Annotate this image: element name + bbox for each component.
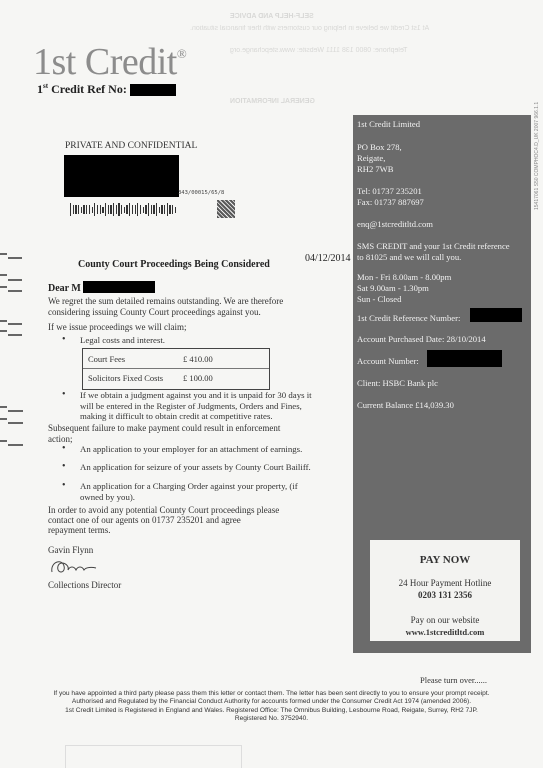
cost-amount: £ 410.00	[183, 354, 243, 364]
costs-table: Court Fees £ 410.00 Solicitors Fixed Cos…	[82, 348, 270, 390]
panel-client: Client: HSBC Bank plc	[357, 378, 438, 389]
letter-date: 04/12/2014	[305, 253, 351, 264]
panel-hours-sunday: Sun - Closed	[357, 294, 401, 305]
paragraph-3-line-2: action;	[48, 434, 73, 445]
letter-subject: County Court Proceedings Being Considere…	[78, 259, 270, 270]
show-through-text: At 1st Credit we believe in helping our …	[190, 25, 429, 32]
panel-sms-line-1: SMS CREDIT and your 1st Credit reference	[357, 241, 510, 252]
show-through-text: Telephone: 0800 138 1111 Website: www.st…	[230, 47, 407, 54]
panel-account-number-label: Account Number:	[357, 356, 419, 367]
panel-telephone: Tel: 01737 235201	[357, 186, 422, 197]
paragraph-2: If we issue proceedings we will claim;	[48, 322, 186, 333]
panel-sms-line-2: to 81025 and we will call you.	[357, 252, 461, 263]
side-print-code: 15417061 S50 COMPHOC4.D_UK 2007 966.1.1	[534, 102, 540, 210]
redacted-reference-number	[470, 308, 522, 322]
paragraph-1-line-1: We regret the sum detailed remains outst…	[48, 296, 283, 307]
panel-hours-weekday: Mon - Fri 8.00am - 8.00pm	[357, 272, 451, 283]
panel-reference-label: 1st Credit Reference Number:	[357, 313, 460, 324]
redacted-ref-number	[130, 84, 176, 96]
paragraph-4-line-3: repayment terms.	[48, 525, 110, 536]
bullet-legal-costs: Legal costs and interest.	[80, 335, 165, 346]
hotline-label: 24 Hour Payment Hotline	[370, 578, 520, 588]
postal-barcode	[70, 203, 200, 216]
panel-fax: Fax: 01737 887697	[357, 197, 424, 208]
bullet-bailiff: An application for seizure of your asset…	[80, 462, 311, 473]
pay-now-box: PAY NOW 24 Hour Payment Hotline 0203 131…	[370, 540, 520, 641]
redacted-address	[64, 155, 179, 197]
paragraph-3-line-1: Subsequent failure to make payment could…	[48, 423, 280, 434]
panel-company: 1st Credit Limited	[357, 119, 420, 130]
credit-ref-label: 1st Credit Ref No:	[37, 82, 176, 97]
signatory-title: Collections Director	[48, 580, 121, 591]
signature	[48, 556, 98, 578]
paragraph-1-line-2: considering issuing County Court proceed…	[48, 307, 261, 318]
signatory-name: Gavin Flynn	[48, 545, 93, 556]
panel-address-2: Reigate,	[357, 153, 385, 164]
panel-balance: Current Balance £14,039.30	[357, 400, 454, 411]
bullet-judgment: If we obtain a judgment against you and …	[80, 390, 312, 422]
legal-footer: If you have appointed a third party plea…	[0, 690, 543, 723]
cost-row: Solicitors Fixed Costs £ 100.00	[88, 373, 264, 383]
show-through-heading: GENERAL INFORMATION	[230, 98, 315, 105]
show-through-heading: SELF-HELP AND ADVICE	[230, 13, 314, 20]
show-through-date-grid	[65, 745, 242, 768]
panel-address-3: RH2 7WB	[357, 164, 394, 175]
cost-amount: £ 100.00	[183, 373, 243, 383]
bullet-earnings: An application to your employer for an a…	[80, 444, 302, 455]
redacted-name	[83, 281, 155, 293]
company-logo: 1st Credit®	[33, 40, 186, 84]
cost-label: Court Fees	[88, 354, 183, 364]
bullet-charging-order: An application for a Charging Order agai…	[80, 481, 298, 502]
datamatrix-code	[217, 200, 235, 218]
panel-hours-saturday: Sat 9.00am - 1.30pm	[357, 283, 429, 294]
panel-purchased-date: Account Purchased Date: 28/10/2014	[357, 334, 486, 345]
redacted-account-number	[427, 350, 502, 367]
hotline-number: 0203 131 2356	[370, 590, 520, 600]
salutation: Dear M	[48, 283, 81, 294]
cost-label: Solicitors Fixed Costs	[88, 373, 183, 383]
please-turn-over: Please turn over......	[420, 675, 487, 685]
panel-address-1: PO Box 278,	[357, 142, 402, 153]
private-confidential-label: PRIVATE AND CONFIDENTIAL	[65, 141, 197, 151]
document-code: 343/00015/65/8	[178, 190, 224, 196]
website-label: Pay on our website	[370, 615, 520, 625]
pay-now-title: PAY NOW	[370, 554, 520, 566]
panel-email: enq@1stcreditltd.com	[357, 219, 433, 230]
website-link: www.1stcreditltd.com	[370, 627, 520, 637]
cost-row: Court Fees £ 410.00	[88, 354, 264, 364]
